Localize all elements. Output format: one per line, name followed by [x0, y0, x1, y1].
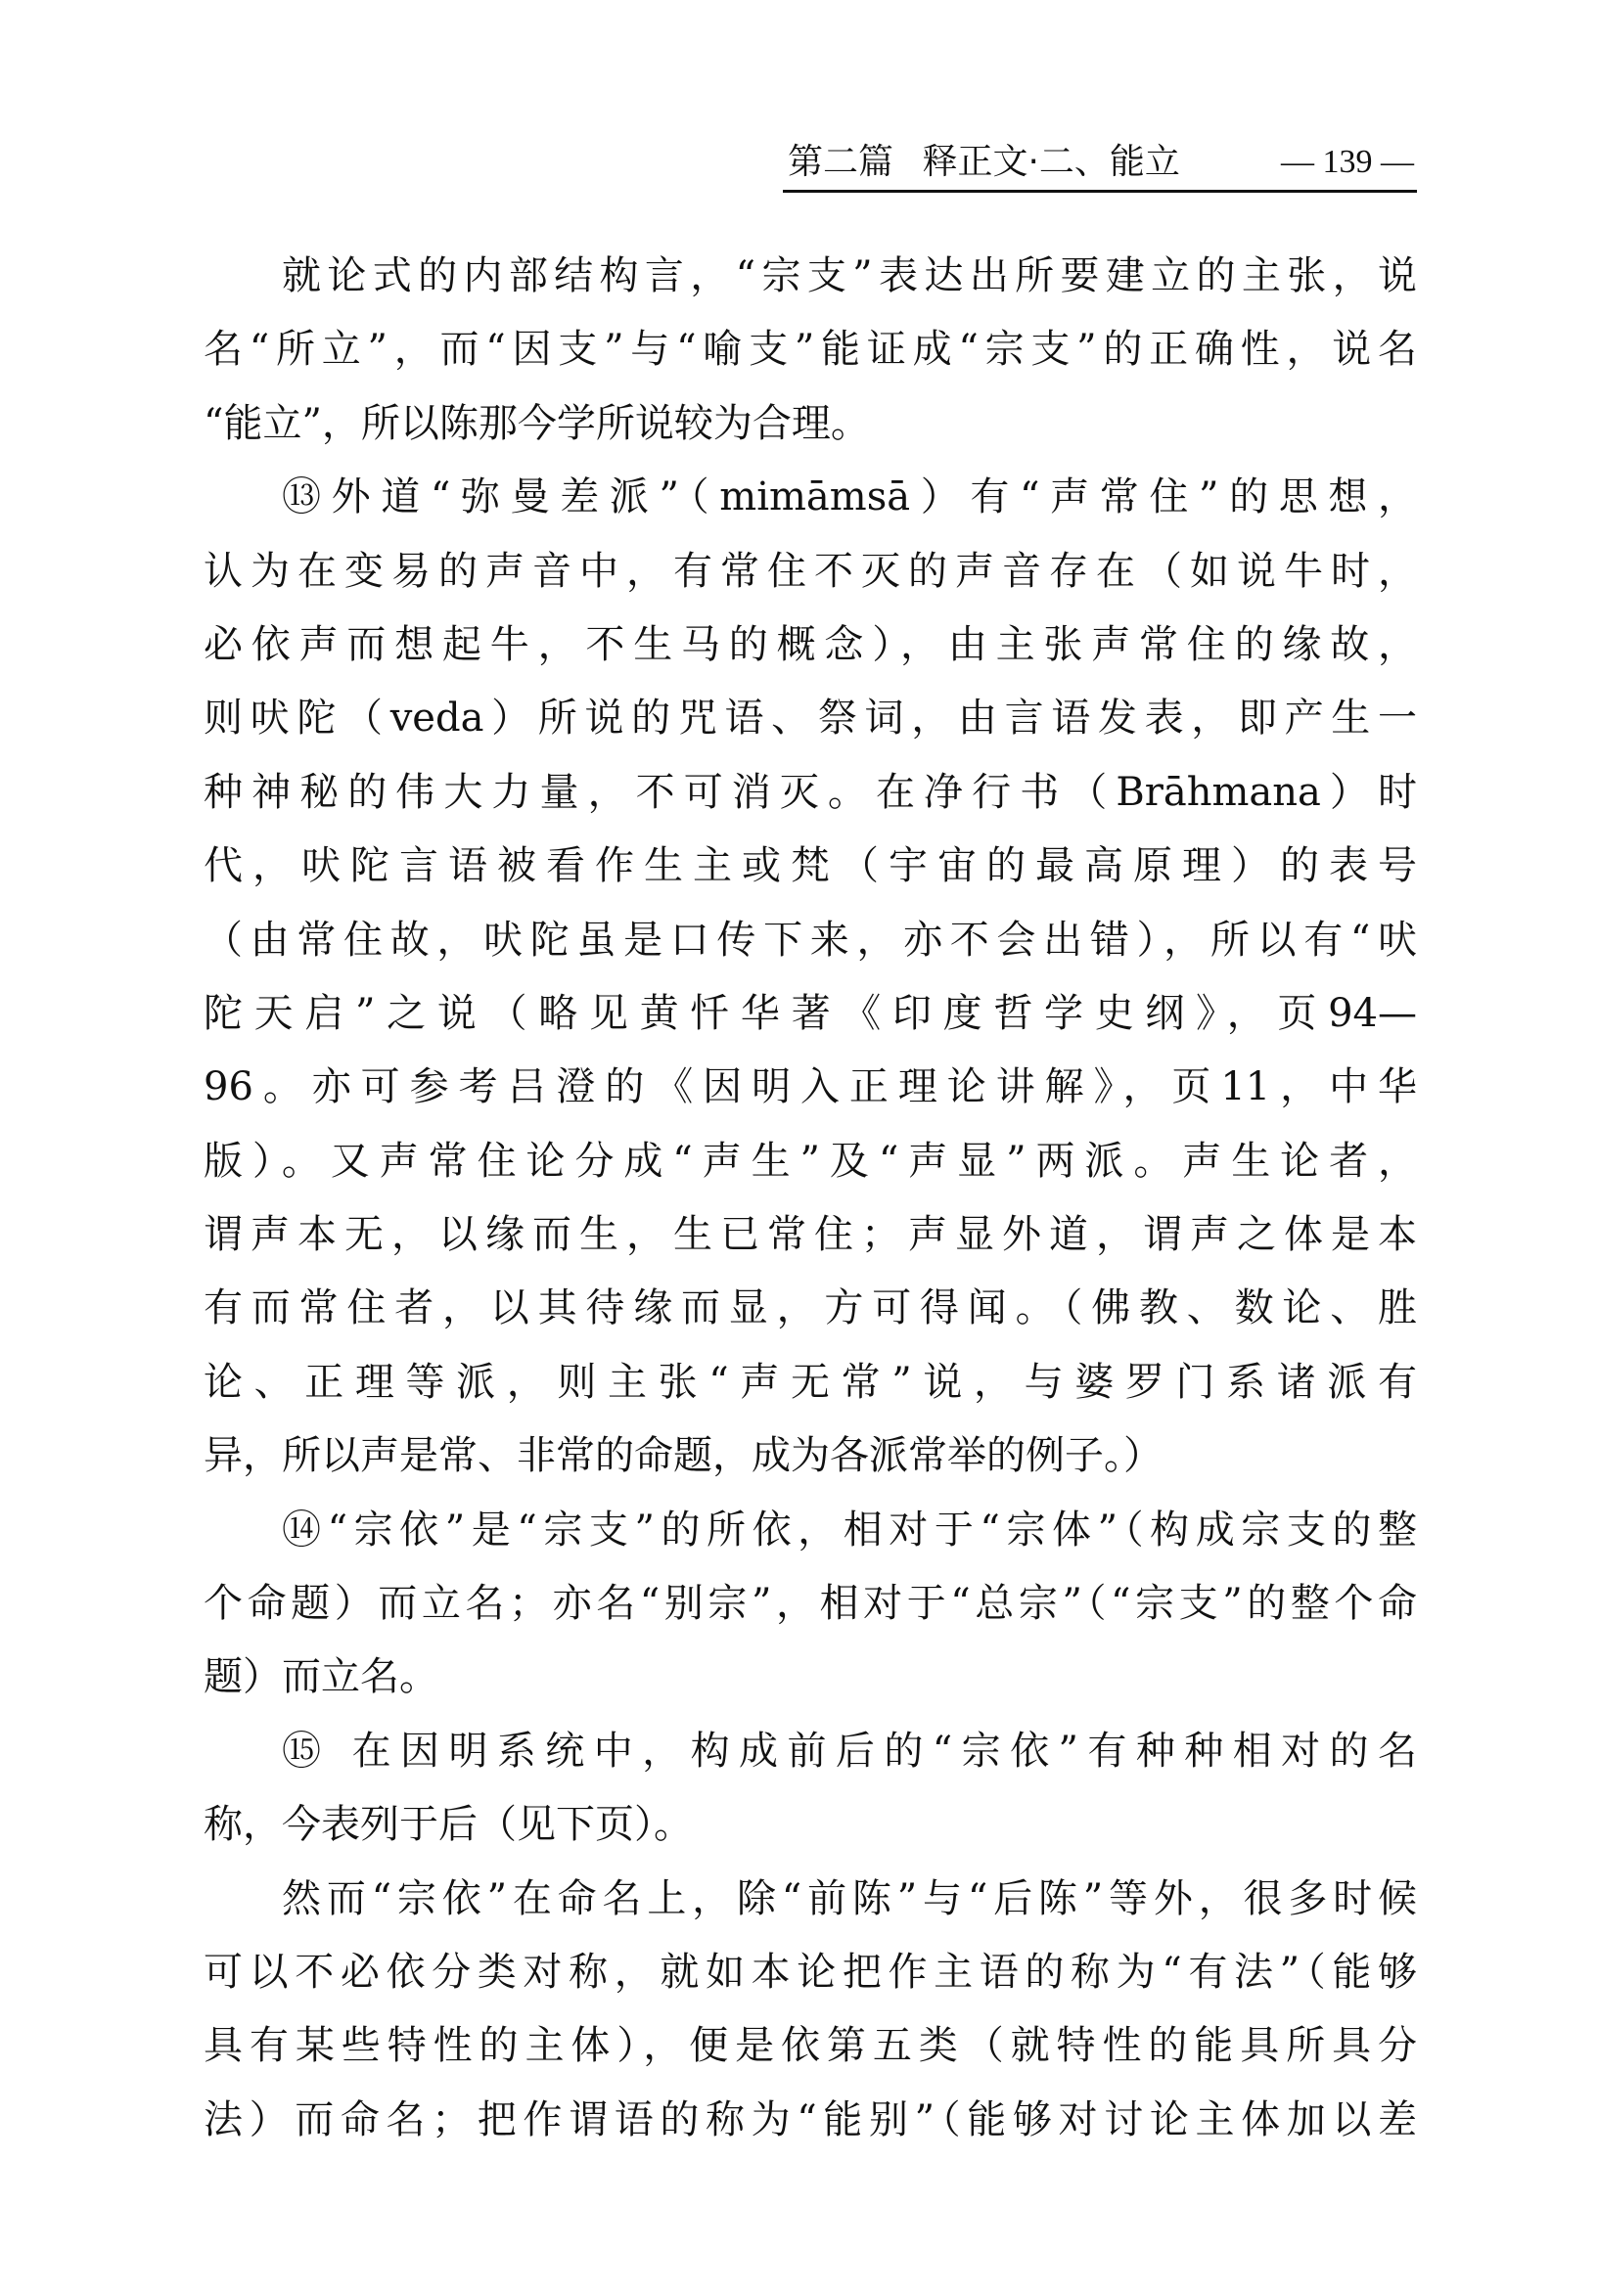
text-line: 陀天启”之说（略见黄忏华著《印度哲学史纲》，页94— [204, 977, 1417, 1051]
footnote-15-line: ⑮ 在因明系统中，构成前后的“宗依”有种种相对的名 [204, 1715, 1417, 1788]
running-header: 第二篇 释正文·二、能立 — 139 — [788, 137, 1414, 188]
body-text: 就论式的内部结构言，“宗支”表达出所要建立的主张，说 名“所立”，而“因支”与“… [204, 240, 1417, 2157]
text-line: 种神秘的伟大力量，不可消灭。在净行书（Brāhmana）时 [204, 756, 1417, 830]
footnote-14-line: ⑭“宗依”是“宗支”的所依，相对于“宗体”（构成宗支的整 [204, 1494, 1417, 1567]
text-line: 然而“宗依”在命名上，除“前陈”与“后陈”等外，很多时候 [204, 1863, 1417, 1936]
text-line: （由常住故，吠陀虽是口传下来，亦不会出错），所以有“吠 [204, 904, 1417, 977]
text-line: 名“所立”，而“因支”与“喻支”能证成“宗支”的正确性，说名 [204, 313, 1417, 386]
text-line: 具有某些特性的主体），便是依第五类（就特性的能具所具分 [204, 2009, 1417, 2083]
text-line: 论、正理等派，则主张“声无常”说，与婆罗门系诸派有 [204, 1346, 1417, 1419]
text-line: 有而常住者，以其待缘而显，方可得闻。（佛教、数论、胜 [204, 1272, 1417, 1345]
text-line: 题）而立名。 [204, 1641, 1417, 1714]
text-line: “能立”，所以陈那今学所说较为合理。 [204, 387, 1417, 461]
text-line: 法）而命名；把作谓语的称为“能别”（能够对讨论主体加以差 [204, 2084, 1417, 2157]
text-line: 谓声本无，以缘而生，生已常住；声显外道，谓声之体是本 [204, 1198, 1417, 1272]
chapter-label: 第二篇 [788, 137, 893, 188]
text-line: 代，吠陀言语被看作生主或梵（宇宙的最高原理）的表号 [204, 830, 1417, 903]
section-label: 释正文·二、能立 [922, 137, 1179, 188]
text-line: 就论式的内部结构言，“宗支”表达出所要建立的主张，说 [204, 240, 1417, 313]
text-line: 个命题）而立名；亦名“别宗”，相对于“总宗”（“宗支”的整个命 [204, 1567, 1417, 1641]
text-line: 认为在变易的声音中，有常住不灭的声音存在（如说牛时， [204, 535, 1417, 608]
text-line: 称，今表列于后（见下页）。 [204, 1788, 1417, 1862]
text-line: 则吠陀（veda）所说的咒语、祭词，由言语发表，即产生一 [204, 682, 1417, 755]
text-line: 异，所以声是常、非常的命题，成为各派常举的例子。） [204, 1419, 1417, 1493]
text-line: 必依声而想起牛，不生马的概念），由主张声常住的缘故， [204, 608, 1417, 682]
page-number: — 139 — [1281, 137, 1414, 188]
footnote-13-line: ⑬外道“弥曼差派”（mimāmsā）有“声常住”的思想， [204, 461, 1417, 534]
text-line: 可以不必依分类对称，就如本论把作主语的称为“有法”（能够 [204, 1936, 1417, 2009]
header-rule [783, 190, 1417, 193]
text-line: 96。亦可参考吕澄的《因明入正理论讲解》，页11，中华 [204, 1051, 1417, 1124]
text-line: 版）。又声常住论分成“声生”及“声显”两派。声生论者， [204, 1125, 1417, 1198]
